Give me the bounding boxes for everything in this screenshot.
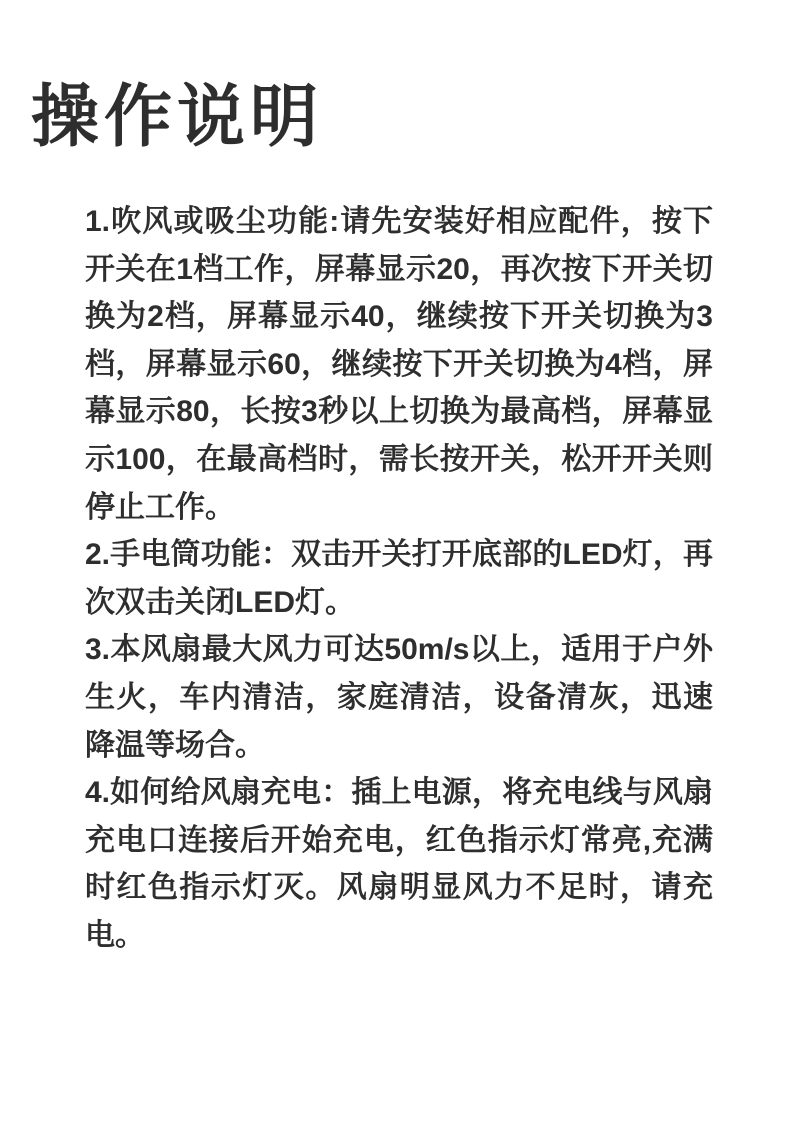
instruction-paragraph-3: 3.本风扇最大风力可达50m/s以上，适用于户外生火，车内清洁，家庭清洁，设备清… <box>85 626 713 769</box>
instruction-paragraph-1: 1.吹风或吸尘功能:请先安装好相应配件，按下开关在1档工作，屏幕显示20，再次按… <box>85 198 713 531</box>
instruction-list: 1.吹风或吸尘功能:请先安装好相应配件，按下开关在1档工作，屏幕显示20，再次按… <box>85 198 713 960</box>
instruction-paragraph-2: 2.手电筒功能：双击开关打开底部的LED灯，再次双击关闭LED灯。 <box>85 531 713 626</box>
instruction-page: 操作说明 1.吹风或吸尘功能:请先安装好相应配件，按下开关在1档工作，屏幕显示2… <box>0 0 790 1126</box>
page-title: 操作说明 <box>31 80 323 155</box>
instruction-paragraph-4: 4.如何给风扇充电：插上电源，将充电线与风扇充电口连接后开始充电，红色指示灯常亮… <box>85 769 713 959</box>
